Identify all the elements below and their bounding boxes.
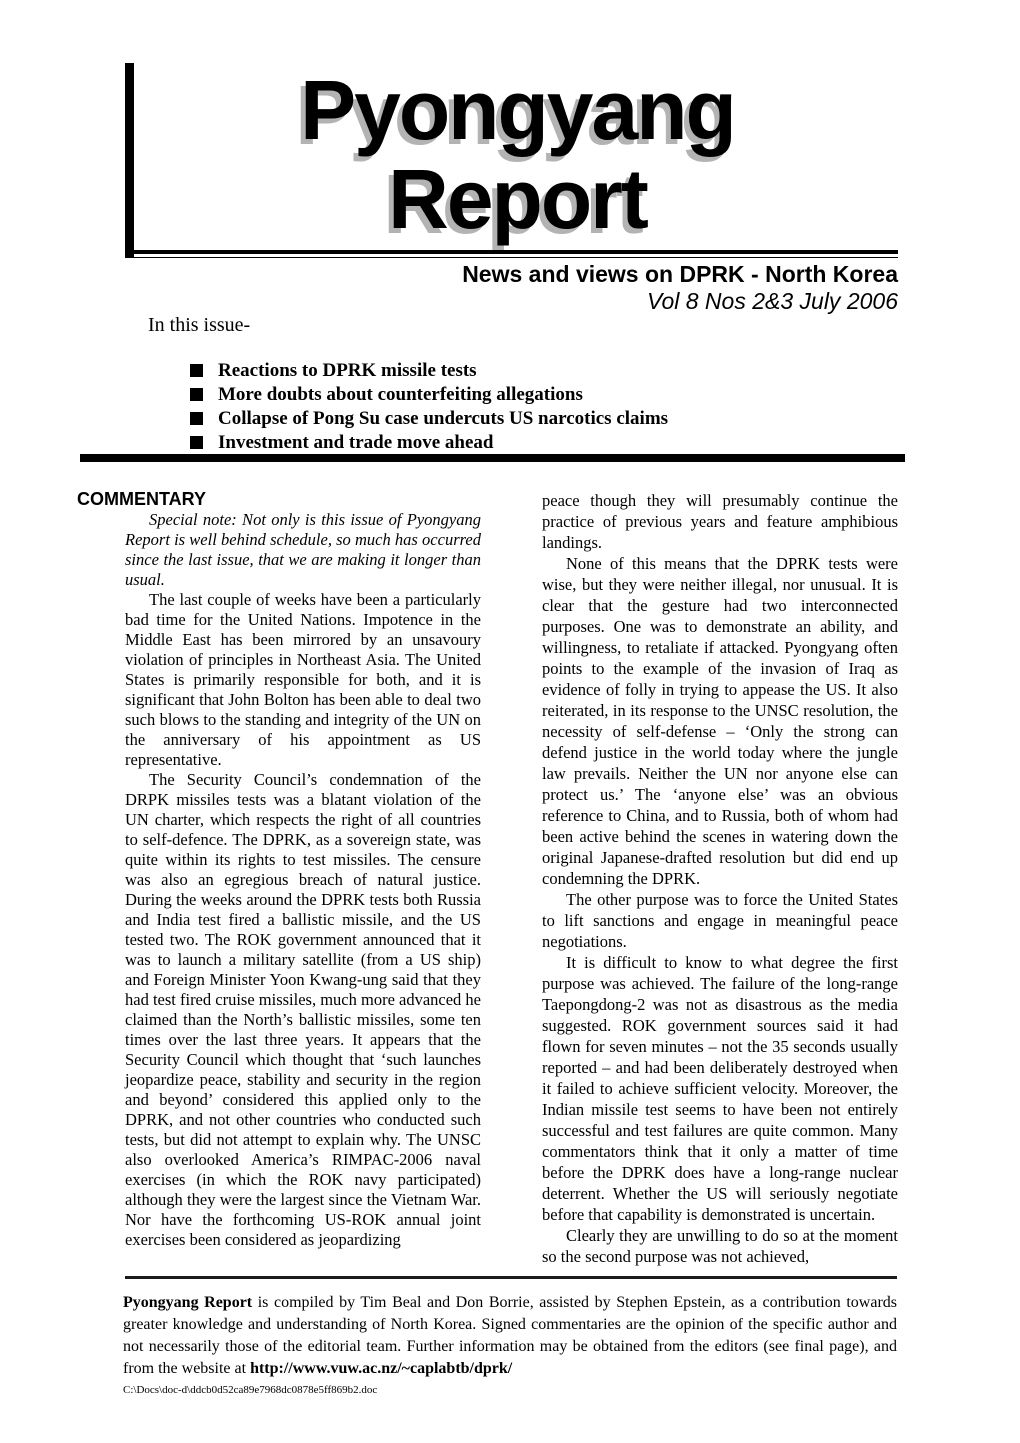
square-bullet-icon <box>190 388 203 401</box>
toc-list: Reactions to DPRK missile tests More dou… <box>190 360 668 456</box>
square-bullet-icon <box>190 364 203 377</box>
square-bullet-icon <box>190 436 203 449</box>
section-divider-rule <box>80 454 905 462</box>
commentary-paragraph: The Security Council’s condemnation of t… <box>125 770 481 1250</box>
title-line-2: Report <box>135 155 900 244</box>
issue-volume-date: Vol 8 Nos 2&3 July 2006 <box>198 288 898 314</box>
newsletter-title: Pyongyang Report <box>135 66 900 244</box>
toc-item-label: More doubts about counterfeiting allegat… <box>218 384 583 406</box>
commentary-heading: COMMENTARY <box>77 489 206 510</box>
newsletter-subtitle: News and views on DPRK - North Korea <box>198 261 898 287</box>
masthead-rule-thin <box>125 257 898 258</box>
footer-divider-rule <box>125 1276 897 1279</box>
toc-item-label: Collapse of Pong Su case undercuts US na… <box>218 408 668 430</box>
title-line-1: Pyongyang <box>135 66 900 155</box>
special-note-paragraph: Special note: Not only is this issue of … <box>125 510 481 590</box>
commentary-paragraph: It is difficult to know to what degree t… <box>542 952 898 1225</box>
commentary-paragraph: Clearly they are unwilling to do so at t… <box>542 1225 898 1267</box>
commentary-paragraph: The last couple of weeks have been a par… <box>125 590 481 770</box>
commentary-left-column: Special note: Not only is this issue of … <box>125 510 481 1250</box>
masthead-rule-thick <box>125 250 898 254</box>
footer-newsletter-name: Pyongyang Report <box>123 1294 252 1311</box>
square-bullet-icon <box>190 412 203 425</box>
toc-item: Investment and trade move ahead <box>190 432 668 456</box>
toc-item-label: Investment and trade move ahead <box>218 432 494 454</box>
toc-item: Reactions to DPRK missile tests <box>190 360 668 384</box>
toc-item: Collapse of Pong Su case undercuts US na… <box>190 408 668 432</box>
footer-colophon: Pyongyang Report is compiled by Tim Beal… <box>123 1292 897 1380</box>
toc-intro-label: In this issue- <box>148 314 250 337</box>
commentary-paragraph-continuation: peace though they will presumably contin… <box>542 490 898 553</box>
document-page: Pyongyang Report News and views on DPRK … <box>0 0 1020 1443</box>
commentary-right-column: peace though they will presumably contin… <box>542 490 898 1267</box>
commentary-paragraph: The other purpose was to force the Unite… <box>542 889 898 952</box>
commentary-paragraph: None of this means that the DPRK tests w… <box>542 553 898 889</box>
document-file-path: C:\Docs\doc-d\ddcb0d52ca89e7968dc0878e5f… <box>123 1384 377 1396</box>
toc-item: More doubts about counterfeiting allegat… <box>190 384 668 408</box>
toc-item-label: Reactions to DPRK missile tests <box>218 360 477 382</box>
website-link[interactable]: http://www.vuw.ac.nz/~caplabtb/dprk/ <box>250 1360 512 1377</box>
masthead-left-bar <box>125 63 134 258</box>
